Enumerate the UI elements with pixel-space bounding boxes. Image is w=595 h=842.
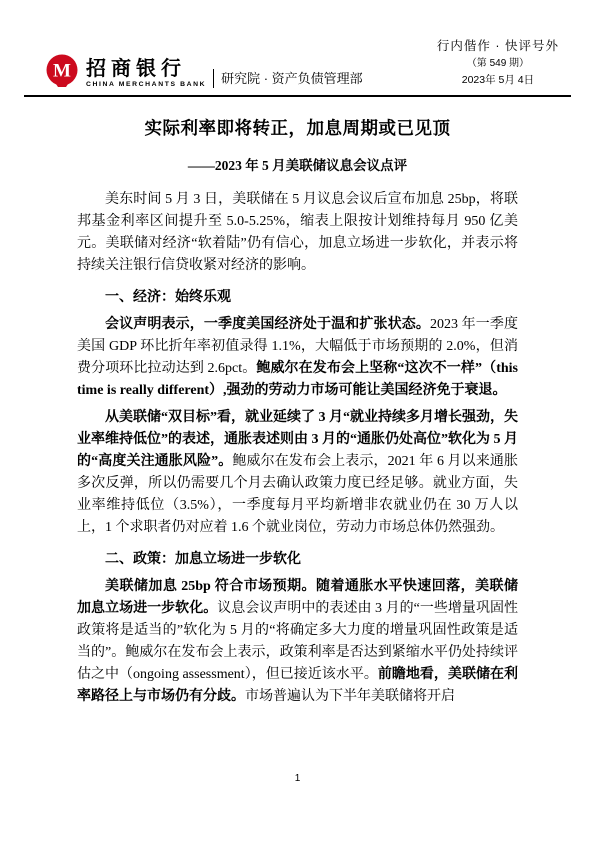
- document-subtitle: ——2023 年 5 月美联储议息会议点评: [0, 154, 595, 174]
- paragraph-economy-1: 会议声明表示，一季度美国经济处于温和扩张状态。2023 年一季度美国 GDP 环…: [77, 314, 518, 402]
- report-header: M 招商银行 CHINA MERCHANTS BANK 研究院 · 资产负债管理…: [0, 0, 595, 95]
- paragraph-intro-text: 美东时间 5 月 3 日，美联储在 5 月议息会议后宣布加息 25bp，将联邦基…: [77, 192, 518, 273]
- document-page: M 招商银行 CHINA MERCHANTS BANK 研究院 · 资产负债管理…: [0, 0, 595, 842]
- cmb-logo-icon: M: [44, 53, 80, 89]
- series-title: 行内偕作 · 快评号外: [437, 38, 559, 55]
- issue-date: 2023年 5月 4日: [437, 72, 559, 89]
- section-heading-economy: 一、经济：始终乐观: [77, 287, 518, 309]
- svg-text:M: M: [53, 61, 71, 82]
- paragraph-policy: 美联储加息 25bp 符合市场预期。随着通胀水平快速回落，美联储加息立场进一步软…: [77, 576, 518, 708]
- paragraph-policy-regular-2: 市场普遍认为下半年美联储将开启: [245, 689, 455, 704]
- section-heading-policy: 二、政策：加息立场进一步软化: [77, 549, 518, 571]
- paragraph-economy-2: 从美联储“双目标”看，就业延续了 3 月“就业持续多月增长强劲，失业率维持低位”…: [77, 407, 518, 539]
- header-divider: [24, 95, 571, 97]
- bank-brand: M 招商银行 CHINA MERCHANTS BANK 研究院 · 资产负债管理…: [44, 53, 363, 89]
- page-number: 1: [0, 773, 595, 784]
- issue-meta: 行内偕作 · 快评号外 （第 549 期） 2023年 5月 4日: [437, 38, 559, 89]
- bank-name: 招商银行: [86, 59, 206, 79]
- bank-name-english: CHINA MERCHANTS BANK: [86, 82, 206, 89]
- department-label: 研究院 · 资产负债管理部: [213, 69, 363, 89]
- bank-name-block: 招商银行 CHINA MERCHANTS BANK: [86, 59, 206, 89]
- document-body: 美东时间 5 月 3 日，美联储在 5 月议息会议后宣布加息 25bp，将联邦基…: [0, 189, 595, 708]
- document-title: 实际利率即将转正，加息周期或已见顶: [0, 115, 595, 140]
- paragraph-economy-1-bold-lead: 会议声明表示，一季度美国经济处于温和扩张状态。: [105, 317, 430, 332]
- paragraph-intro: 美东时间 5 月 3 日，美联储在 5 月议息会议后宣布加息 25bp，将联邦基…: [77, 189, 518, 277]
- issue-number: （第 549 期）: [437, 55, 559, 72]
